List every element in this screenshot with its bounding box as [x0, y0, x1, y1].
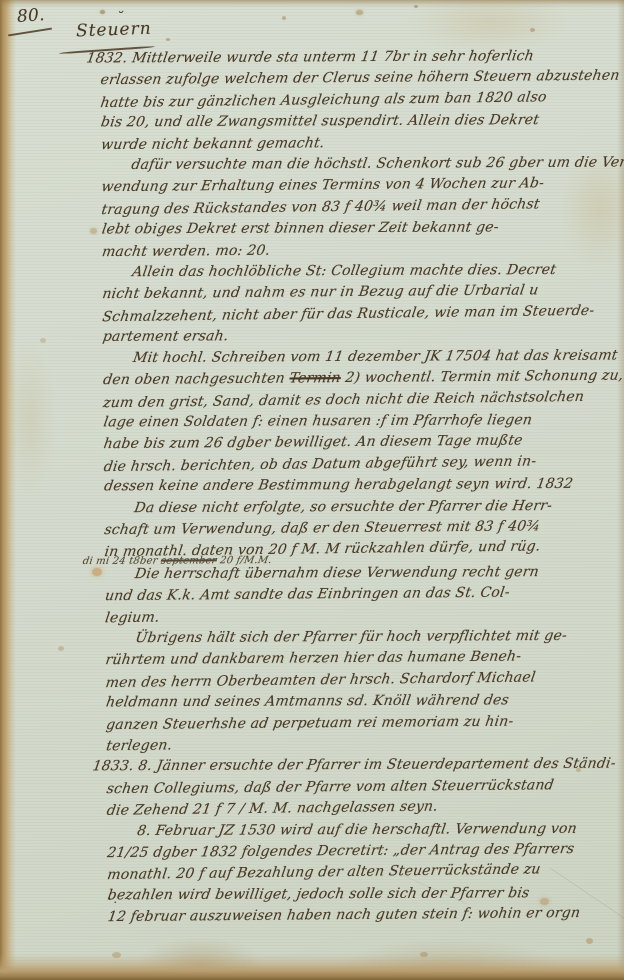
folio-number: 80. [16, 5, 45, 27]
stain [282, 16, 286, 20]
kurrent-u-breve: ˘ [116, 10, 125, 27]
stain [40, 338, 46, 343]
manuscript-line: Die herrschaft übernahm diese Verwendung… [89, 560, 613, 586]
manuscript-page: 80. Steuern ˘ ·. 1832. Mittlerweile wurd… [0, 0, 624, 980]
manuscript-text: 1832. Mittlerweile wurde sta unterm 11 7… [84, 45, 616, 929]
struck-word: Termin [288, 370, 342, 386]
paragraph: 1833. 8. Jänner ersuchte der Pfarrer im … [90, 753, 615, 822]
manuscript-line: Übrigens hält sich der Pfarrer für hoch … [89, 625, 613, 651]
manuscript-line: dessen keine andere Bestimmung herabgela… [88, 473, 612, 499]
line-segment: 2) wochentl. Termin mit Schonung zu, [340, 368, 624, 386]
paragraph: Allein das hochlöbliche St: Collegium ma… [86, 259, 611, 349]
line-segment: den oben nachgesuchten [102, 371, 291, 389]
stain [530, 28, 535, 32]
paragraph: Übrigens hält sich der Pfarrer für hoch … [89, 625, 614, 758]
page-bottom-edge [0, 954, 624, 980]
paragraph: Da diese nicht erfolgte, so ersuchte der… [88, 494, 613, 567]
stain [586, 938, 593, 944]
binding-edge [0, 0, 16, 980]
manuscript-line: bis 20, und alle Zwangsmittel suspendirt… [85, 109, 609, 135]
stain [166, 38, 170, 41]
margin-heading: Steuern [76, 19, 152, 42]
page-right-edge [617, 0, 624, 980]
stain [58, 646, 64, 651]
stain [356, 10, 363, 15]
paragraph: Die herrschaft übernahm diese Verwendung… [89, 560, 614, 629]
manuscript-line: monathl. 20 f auf Bezahlung der alten St… [91, 860, 615, 886]
manuscript-line: schen Collegiums, daß der Pfarre vom alt… [91, 775, 615, 801]
paragraph: 1832. Mittlerweile wurde sta unterm 11 7… [84, 45, 609, 157]
page-top-edge [0, 0, 624, 8]
paragraph: 8. Februar JZ 1530 wird auf die herschaf… [91, 817, 616, 929]
manuscript-line: 12 februar auszuweisen haben nach guten … [92, 903, 616, 929]
stain [100, 10, 105, 14]
paragraph: Mit hochl. Schreiben vom 11 dezember JK … [87, 344, 612, 498]
paragraph: dafür versuchte man die höchstl. Schenko… [85, 152, 610, 264]
